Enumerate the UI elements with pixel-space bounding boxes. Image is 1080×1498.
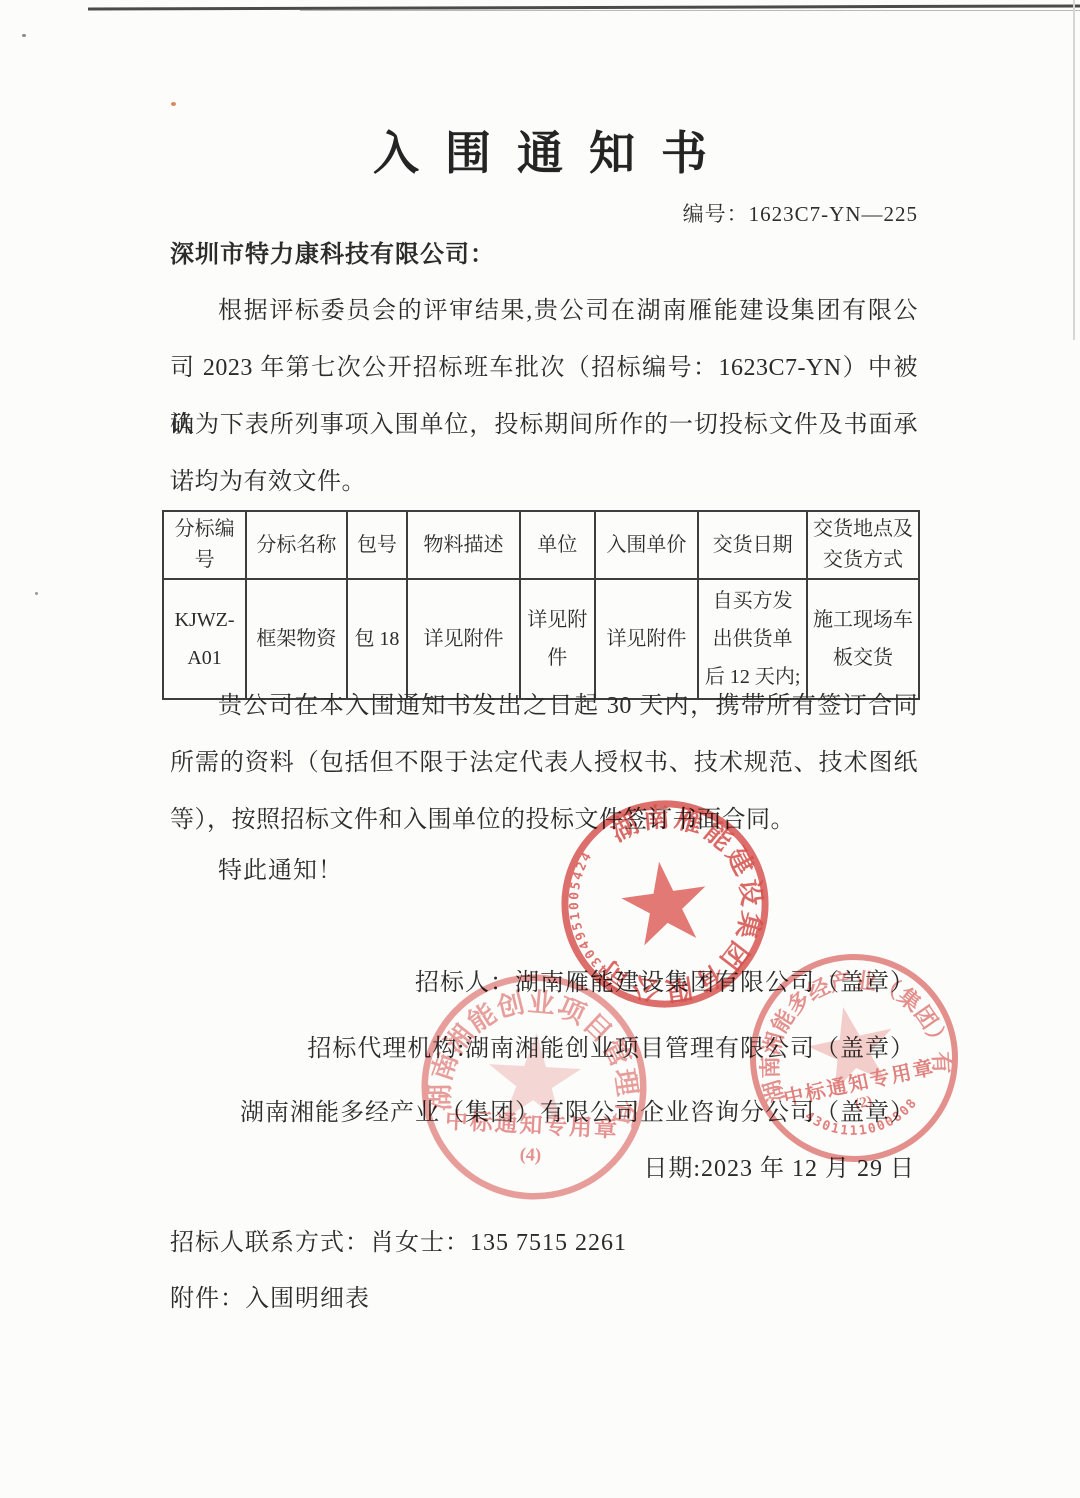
seal-ring [419,972,649,1202]
paragraph-award-result: 根据评标委员会的评审结果,贵公司在湖南雁能建设集团有限公 司 2023 年第七次… [170,283,918,511]
paragraph-line: 等），按照招标文件和入围单位的投标文件签订书面合同。 [170,792,918,849]
col-header-price: 入围单价 [595,511,699,579]
scan-edge-line-light [300,10,1080,11]
scan-speck [171,102,176,106]
signature-consulting-branch: 湖南湘能多经产业（集团）有限公司企业咨询分公司（盖章） [240,1092,915,1127]
scan-speck [35,592,38,595]
col-header-package: 包号 [347,511,407,579]
col-header-material: 物料描述 [407,511,520,579]
scan-speck [22,34,26,37]
col-header-unit: 单位 [520,511,595,579]
attachment-line: 附件：入围明细表 [170,1278,370,1313]
notice-line: 特此通知！ [170,850,343,885]
paragraph-line: 所需的资料（包括但不限于法定代表人授权书、技术规范、技术图纸 [170,735,918,792]
paragraph-line: 诺均为有效文件。 [170,454,918,511]
paragraph-line: 根据评标委员会的评审结果,贵公司在湖南雁能建设集团有限公 [170,283,918,340]
signature-tenderee: 招标人：湖南雁能建设集团有限公司（盖章） [415,962,915,997]
star-icon [617,856,712,948]
scanned-document-page: 入围通知书 编号：1623C7-YN—225 深圳市特力康科技有限公司： 根据评… [0,0,1080,1498]
table-header-row: 分标编号 分标名称 包号 物料描述 单位 入围单价 交货日期 交货地点及交货方式 [163,511,919,579]
contact-line: 招标人联系方式：肖女士：135 7515 2261 [170,1222,627,1257]
signature-agency: 招标代理机构:湖南湘能创业项目管理有限公司（盖章） [307,1028,915,1063]
paragraph-line: 司 2023 年第七次公开招标班车批次（招标编号：1623C7-YN）中被确 [170,340,918,397]
signature-date: 日期:2023 年 12 月 29 日 [643,1148,915,1183]
col-header-delivery-place: 交货地点及交货方式 [807,511,919,579]
seal-number-label: (4) [519,1144,542,1166]
recipient-company: 深圳市特力康科技有限公司： [170,234,495,269]
award-table: 分标编号 分标名称 包号 物料描述 单位 入围单价 交货日期 交货地点及交货方式… [162,510,920,700]
award-notice-seal-4: 湖南湘能创业项目管理有限公司 中标通知专用章 (4) [409,962,659,1212]
seal-company-arc-text: 湖南湘能多经产业（集团）有限公司 [724,928,958,1118]
col-header-delivery-date: 交货日期 [698,511,807,579]
col-header-bid-no: 分标编号 [163,511,246,579]
col-header-bid-name: 分标名称 [246,511,347,579]
paragraph-line: 认为下表所列事项入围单位，投标期间所作的一切投标文件及书面承 [170,397,918,454]
page-title: 入围通知书 [0,122,1080,186]
doc-number: 编号：1623C7-YN—225 [683,198,918,228]
paragraph-line: 贵公司在本入围通知书发出之日起 30 天内，携带所有签订合同 [170,678,918,735]
paragraph-contract-signing: 贵公司在本入围通知书发出之日起 30 天内，携带所有签订合同 所需的资料（包括但… [170,678,918,849]
